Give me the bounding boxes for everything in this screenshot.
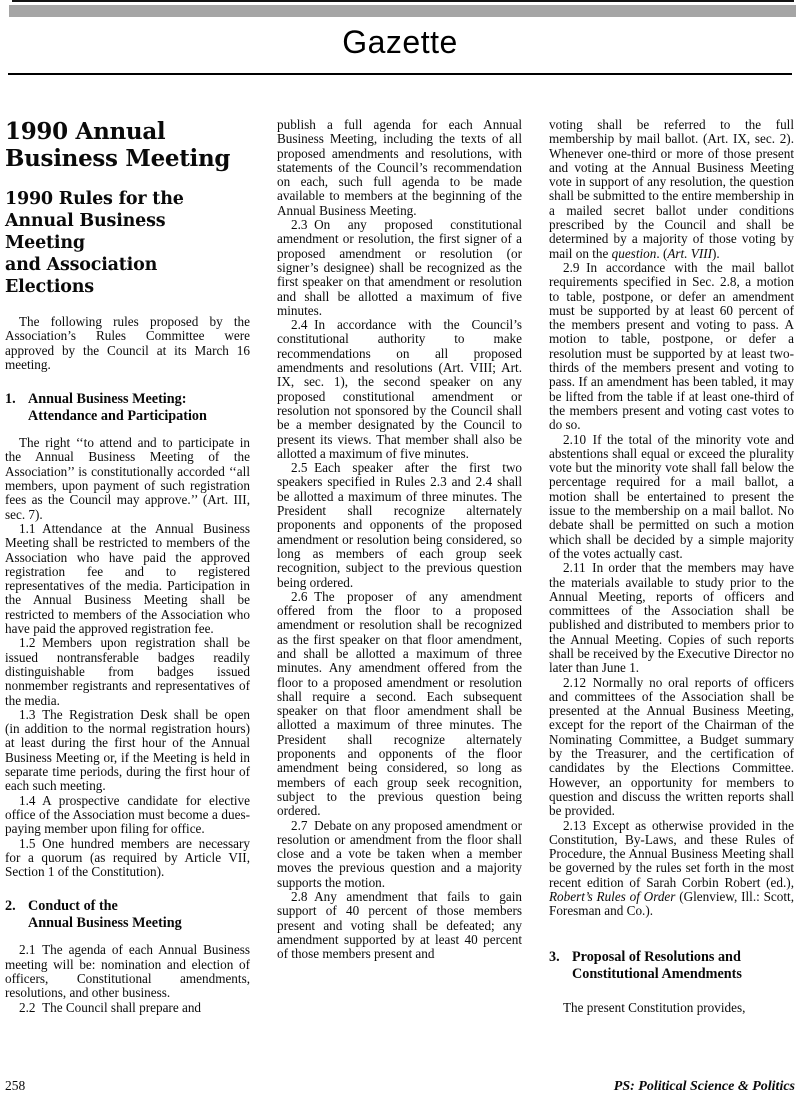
masthead-gray-bar xyxy=(9,5,796,17)
rule-2-11: 2.11 In order that the members may have … xyxy=(549,561,794,675)
rule-2-4: 2.4 In accordance with the Council’s con… xyxy=(277,318,522,461)
rule-1-2: 1.2 Members upon registration shall be i… xyxy=(5,636,250,707)
column-left: 1990 Annual Business Meeting 1990 Rules … xyxy=(5,118,250,1015)
rule-2-3: 2.3 On any proposed constitutional amend… xyxy=(277,218,522,318)
rule-2-10: 2.10 If the total of the minority vote a… xyxy=(549,433,794,562)
section-2-number: 2. xyxy=(5,898,28,932)
rule-2-1: 2.1 The agenda of each Annual Business m… xyxy=(5,943,250,1000)
paragraph-present-constitution: The present Constitution provides, xyxy=(549,1001,794,1015)
rule-2-8-continuation: voting shall be referred to the full mem… xyxy=(549,118,794,261)
article-subtitle: 1990 Rules for the Annual Business Meeti… xyxy=(5,188,250,298)
rule-2-2-start: 2.2 The Council shall prepare and xyxy=(5,1001,250,1015)
footer-journal-title: PS: Political Science & Politics xyxy=(614,1079,795,1095)
section-1-title: Annual Business Meeting: Attendance and … xyxy=(28,391,207,425)
section-3-heading: 3. Proposal of Resolutions and Constitut… xyxy=(549,949,794,983)
rule-2-7: 2.7 Debate on any proposed amendment or … xyxy=(277,819,522,890)
rule-2-8-start: 2.8 Any amendment that fails to gain sup… xyxy=(277,890,522,961)
rule-1-4: 1.4 A prospective candidate for elective… xyxy=(5,794,250,837)
section-1-number: 1. xyxy=(5,391,28,425)
paragraph-right-to-attend: The right ‘‘to attend and to participate… xyxy=(5,436,250,522)
rule-1-3: 1.3 The Registration Desk shall be open … xyxy=(5,708,250,794)
rule-2-12: 2.12 Normally no oral reports of officer… xyxy=(549,676,794,819)
page-top-edge-line xyxy=(12,0,794,2)
rule-1-1: 1.1 Attendance at the Annual Business Me… xyxy=(5,522,250,636)
column-right: voting shall be referred to the full mem… xyxy=(549,118,794,1015)
masthead-rule xyxy=(8,73,792,75)
section-2-title: Conduct of the Annual Business Meeting xyxy=(28,898,182,932)
rule-1-5: 1.5 One hundred members are necessary fo… xyxy=(5,837,250,880)
section-3-title: Proposal of Resolutions and Constitution… xyxy=(572,949,742,983)
rule-2-6: 2.6 The proposer of any amendment offere… xyxy=(277,590,522,819)
rule-2-9: 2.9 In accordance with the mail ballot r… xyxy=(549,261,794,433)
page-footer: 258 PS: Political Science & Politics xyxy=(5,1078,795,1095)
section-2-heading: 2. Conduct of the Annual Business Meetin… xyxy=(5,898,250,932)
rule-2-13: 2.13 Except as otherwise provided in the… xyxy=(549,819,794,919)
footer-page-number: 258 xyxy=(5,1078,25,1094)
article-body: 1990 Annual Business Meeting 1990 Rules … xyxy=(5,118,795,1015)
article-title: 1990 Annual Business Meeting xyxy=(5,118,250,172)
column-middle: publish a full agenda for each Annual Bu… xyxy=(277,118,522,1015)
intro-paragraph: The following rules proposed by the Asso… xyxy=(5,315,250,372)
section-1-heading: 1. Annual Business Meeting: Attendance a… xyxy=(5,391,250,425)
rule-2-2-continuation: publish a full agenda for each Annual Bu… xyxy=(277,118,522,218)
section-3-number: 3. xyxy=(549,949,572,983)
rule-2-5: 2.5 Each speaker after the first two spe… xyxy=(277,461,522,590)
masthead-title: Gazette xyxy=(0,24,800,61)
